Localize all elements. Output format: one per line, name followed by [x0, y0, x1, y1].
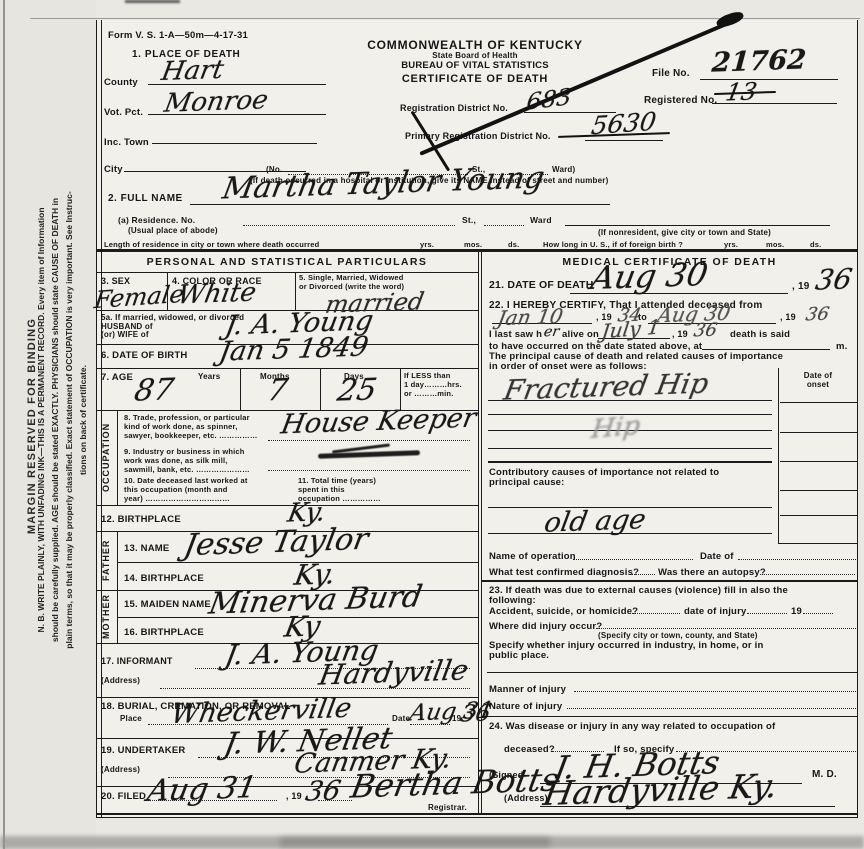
rule-line-h [585, 140, 663, 141]
file-no-value: 21762 [711, 44, 807, 78]
specify-whether-label: Specify whether injury occurred in indus… [489, 641, 764, 660]
residence-ward-label: Ward [530, 215, 552, 225]
occupation-related-label: 24. Was disease or injury in any way rel… [489, 721, 775, 732]
dod-19-label: , 19 [792, 281, 809, 292]
mother-birthplace-label: 16. BIRTHPLACE [124, 627, 204, 638]
commonwealth-title: COMMONWEALTH OF KENTUCKY [340, 38, 610, 52]
yrs2-label: yrs. [724, 240, 738, 249]
county-value: Hart [159, 55, 226, 87]
rule-line-dotted [567, 708, 856, 709]
filed-label: 20. FILED [101, 791, 146, 802]
to-19-label: , 19 [780, 312, 796, 322]
father-birthplace-label: 14. BIRTHPLACE [124, 573, 204, 584]
rule-line-h [488, 461, 772, 463]
certificate-title: CERTIFICATE OF DEATH [340, 73, 610, 85]
rule-line-dotted [747, 613, 787, 614]
rule-line-v [240, 368, 241, 410]
registrar-label: Registrar. [428, 803, 467, 812]
trade-label: 8. Trade, profession, or particular kind… [124, 414, 258, 440]
manner-injury-label: Manner of injury [489, 684, 566, 695]
undertaker-address-label: (Address) [101, 765, 140, 774]
md-label: M. D. [812, 769, 837, 780]
age-days-value: 25 [335, 372, 380, 408]
top-edge-mark [125, 0, 180, 3]
rule-line-h [700, 79, 838, 80]
inctown-label: Inc. Town [104, 137, 149, 148]
rule-line-dotted [738, 559, 856, 560]
contributory-value: old age [542, 504, 648, 538]
votpct-label: Vot. Pct. [104, 107, 143, 118]
votpct-value: Monroe [162, 85, 271, 119]
ds2-label: ds. [810, 240, 821, 249]
burial-place-label: Place [120, 714, 142, 723]
operation-label: Name of operation [489, 551, 576, 562]
to-year-value: 36 [804, 304, 831, 326]
less-than-label: If LESS than 1 day………hrs. or ………min. [404, 371, 462, 398]
ward-label: Ward) [552, 165, 575, 174]
autopsy-label: Was there an autopsy? [658, 567, 766, 578]
burial-year-value: 36 [459, 700, 493, 727]
deceased-label: deceased? [504, 744, 555, 755]
contributory-label: Contributory causes of importance not re… [489, 468, 719, 488]
rule-line-dotted [574, 691, 856, 692]
registrar-signature: Bertha Botts [348, 760, 562, 805]
bottom-scan-smudge [280, 838, 550, 846]
rule-line-v [400, 368, 401, 410]
date-of-death-label: 21. DATE OF DEATH [489, 279, 594, 291]
accident-label: Accident, suicide, or homicide? [489, 606, 638, 617]
father-side-label: FATHER [96, 531, 117, 590]
date-injury-label: date of injury [684, 606, 746, 617]
test-label: What test confirmed diagnosis? [489, 567, 639, 578]
length-residence-label: Length of residence in city or town wher… [104, 240, 319, 249]
rule-line-dotted [268, 470, 470, 471]
industry-label: 9. Industry or business in which work wa… [124, 448, 250, 474]
informant-label: 17. INFORMANT [101, 656, 173, 666]
rule-line-dotted [484, 225, 524, 226]
residence-label: (a) Residence. No. [118, 215, 195, 225]
attended-to-value: Aug 30 [656, 301, 733, 327]
state-board-subtitle: State Board of Health [340, 51, 610, 60]
rule-line-h [152, 143, 317, 144]
her-insert-value: er [543, 324, 561, 341]
cause-ghost-scribble: Hip [590, 411, 642, 445]
injury-19-label: 19 [791, 606, 802, 617]
rule-line-h [487, 672, 857, 673]
occupation-side-label: OCCUPATION [96, 410, 117, 505]
abode-note: (Usual place of abode) [128, 226, 218, 235]
registered-no-label: Registered No. [644, 95, 717, 106]
residence-st-label: St., [462, 215, 476, 225]
alive-on-label: alive on [562, 329, 599, 340]
rule-line-h [488, 448, 772, 449]
rule-line-h [96, 817, 858, 818]
rule-line-dotted [803, 613, 833, 614]
informant-address-value: Hardyville [317, 653, 471, 691]
date-of-death-value: Aug 30 [588, 255, 711, 297]
rule-line-h [780, 461, 857, 462]
rule-line-dotted [268, 440, 470, 441]
rule-line-dotted [160, 688, 470, 689]
rule-line-v [778, 368, 779, 543]
rule-line-h [780, 432, 857, 433]
rule-line-v [117, 410, 118, 505]
last-worked-label: 10. Date deceased last worked at this oc… [124, 477, 248, 503]
date-of-label: Date of [700, 551, 734, 562]
date-of-onset-header: Date of onset [780, 371, 856, 389]
last-saw-label: I last saw h [489, 329, 542, 340]
nature-injury-label: Nature of injury [489, 701, 562, 712]
mos1-label: mos. [464, 240, 482, 249]
rule-line-v [857, 20, 858, 818]
rule-line-h [778, 543, 858, 544]
file-no-label: File No. [652, 68, 690, 79]
rule-line-h [702, 349, 830, 350]
specify-city-note: (Specify city or town, county, and State… [598, 631, 758, 640]
rule-line-h [96, 505, 478, 506]
nonresident-note: (If nonresident, give city or town and S… [598, 228, 771, 237]
age-years-value: 87 [132, 372, 177, 408]
rule-line-v [320, 368, 321, 410]
rule-line-dotted [760, 574, 855, 575]
full-name-label: 2. FULL NAME [108, 193, 183, 204]
color-race-value: White [175, 278, 258, 311]
father-name-label: 13. NAME [124, 543, 169, 554]
dob-label: 6. DATE OF BIRTH [101, 350, 187, 361]
rule-line-h [780, 515, 857, 516]
rule-line-v [295, 272, 296, 310]
external-causes-label: 23. If death was due to external causes … [489, 586, 788, 605]
mos2-label: mos. [766, 240, 784, 249]
lastsaw-year-value: 36 [692, 320, 719, 342]
regdist-label: Registration District No. [400, 103, 508, 113]
where-injury-label: Where did injury occur? [489, 621, 602, 632]
rule-line-v [481, 252, 482, 813]
rule-line-h [481, 716, 858, 717]
rule-line-v [117, 531, 118, 643]
rule-line-h [780, 490, 857, 491]
rule-line-h [96, 368, 478, 369]
father-name-value: Jesse Taylor [181, 522, 371, 563]
m-label: m. [836, 341, 848, 352]
city-label: City [104, 164, 123, 175]
mother-name-label: 15. MAIDEN NAME [124, 599, 211, 610]
age-label: 7. AGE [101, 372, 133, 383]
county-label: County [104, 77, 138, 88]
personal-section-title: PERSONAL AND STATISTICAL PARTICULARS [96, 256, 478, 268]
howlong-label: How long in U. S., if of foreign birth ? [543, 240, 683, 249]
death-said-label: death is said [730, 329, 790, 340]
filed-year-value: 36 [303, 775, 343, 807]
nb-instructions-note: N. B. WRITE PLAINLY, WITH UNFADING INK—T… [34, 20, 90, 820]
ds1-label: ds. [508, 240, 519, 249]
rule-line-v [478, 252, 479, 813]
rule-line-dotted [632, 613, 680, 614]
rule-line-dotted [596, 628, 856, 629]
rule-line-h [96, 249, 858, 252]
age-years-label: Years [198, 372, 220, 381]
rule-line-h [565, 225, 830, 226]
rule-line-h [96, 813, 858, 815]
dod-year-value: 36 [813, 262, 855, 296]
rule-line-dotted [573, 559, 693, 560]
informant-address-label: (Address) [101, 676, 140, 685]
bureau-subtitle: BUREAU OF VITAL STATISTICS [340, 60, 610, 71]
lastsaw-19-label: , 19 [672, 329, 688, 339]
dob-value: Jan 5 1849 [217, 331, 371, 367]
filed-19-label: , 19 [286, 791, 302, 801]
rule-line-h [481, 580, 858, 582]
mother-side-label: MOTHER [96, 590, 117, 643]
rule-line-h [96, 272, 478, 273]
filed-date-value: Aug 31 [145, 770, 260, 809]
rule-line-v [3, 0, 5, 849]
form-number: Form V. S. 1-A—50m—4-17-31 [108, 30, 248, 41]
yrs1-label: yrs. [420, 240, 434, 249]
death-certificate-scan: MARGIN RESERVED FOR BINDING N. B. WRITE … [0, 0, 864, 849]
undertaker-label: 19. UNDERTAKER [101, 745, 185, 756]
rule-line-dotted [243, 225, 455, 226]
birthplace-label: 12. BIRTHPLACE [101, 514, 181, 525]
rule-line-h [780, 402, 857, 403]
